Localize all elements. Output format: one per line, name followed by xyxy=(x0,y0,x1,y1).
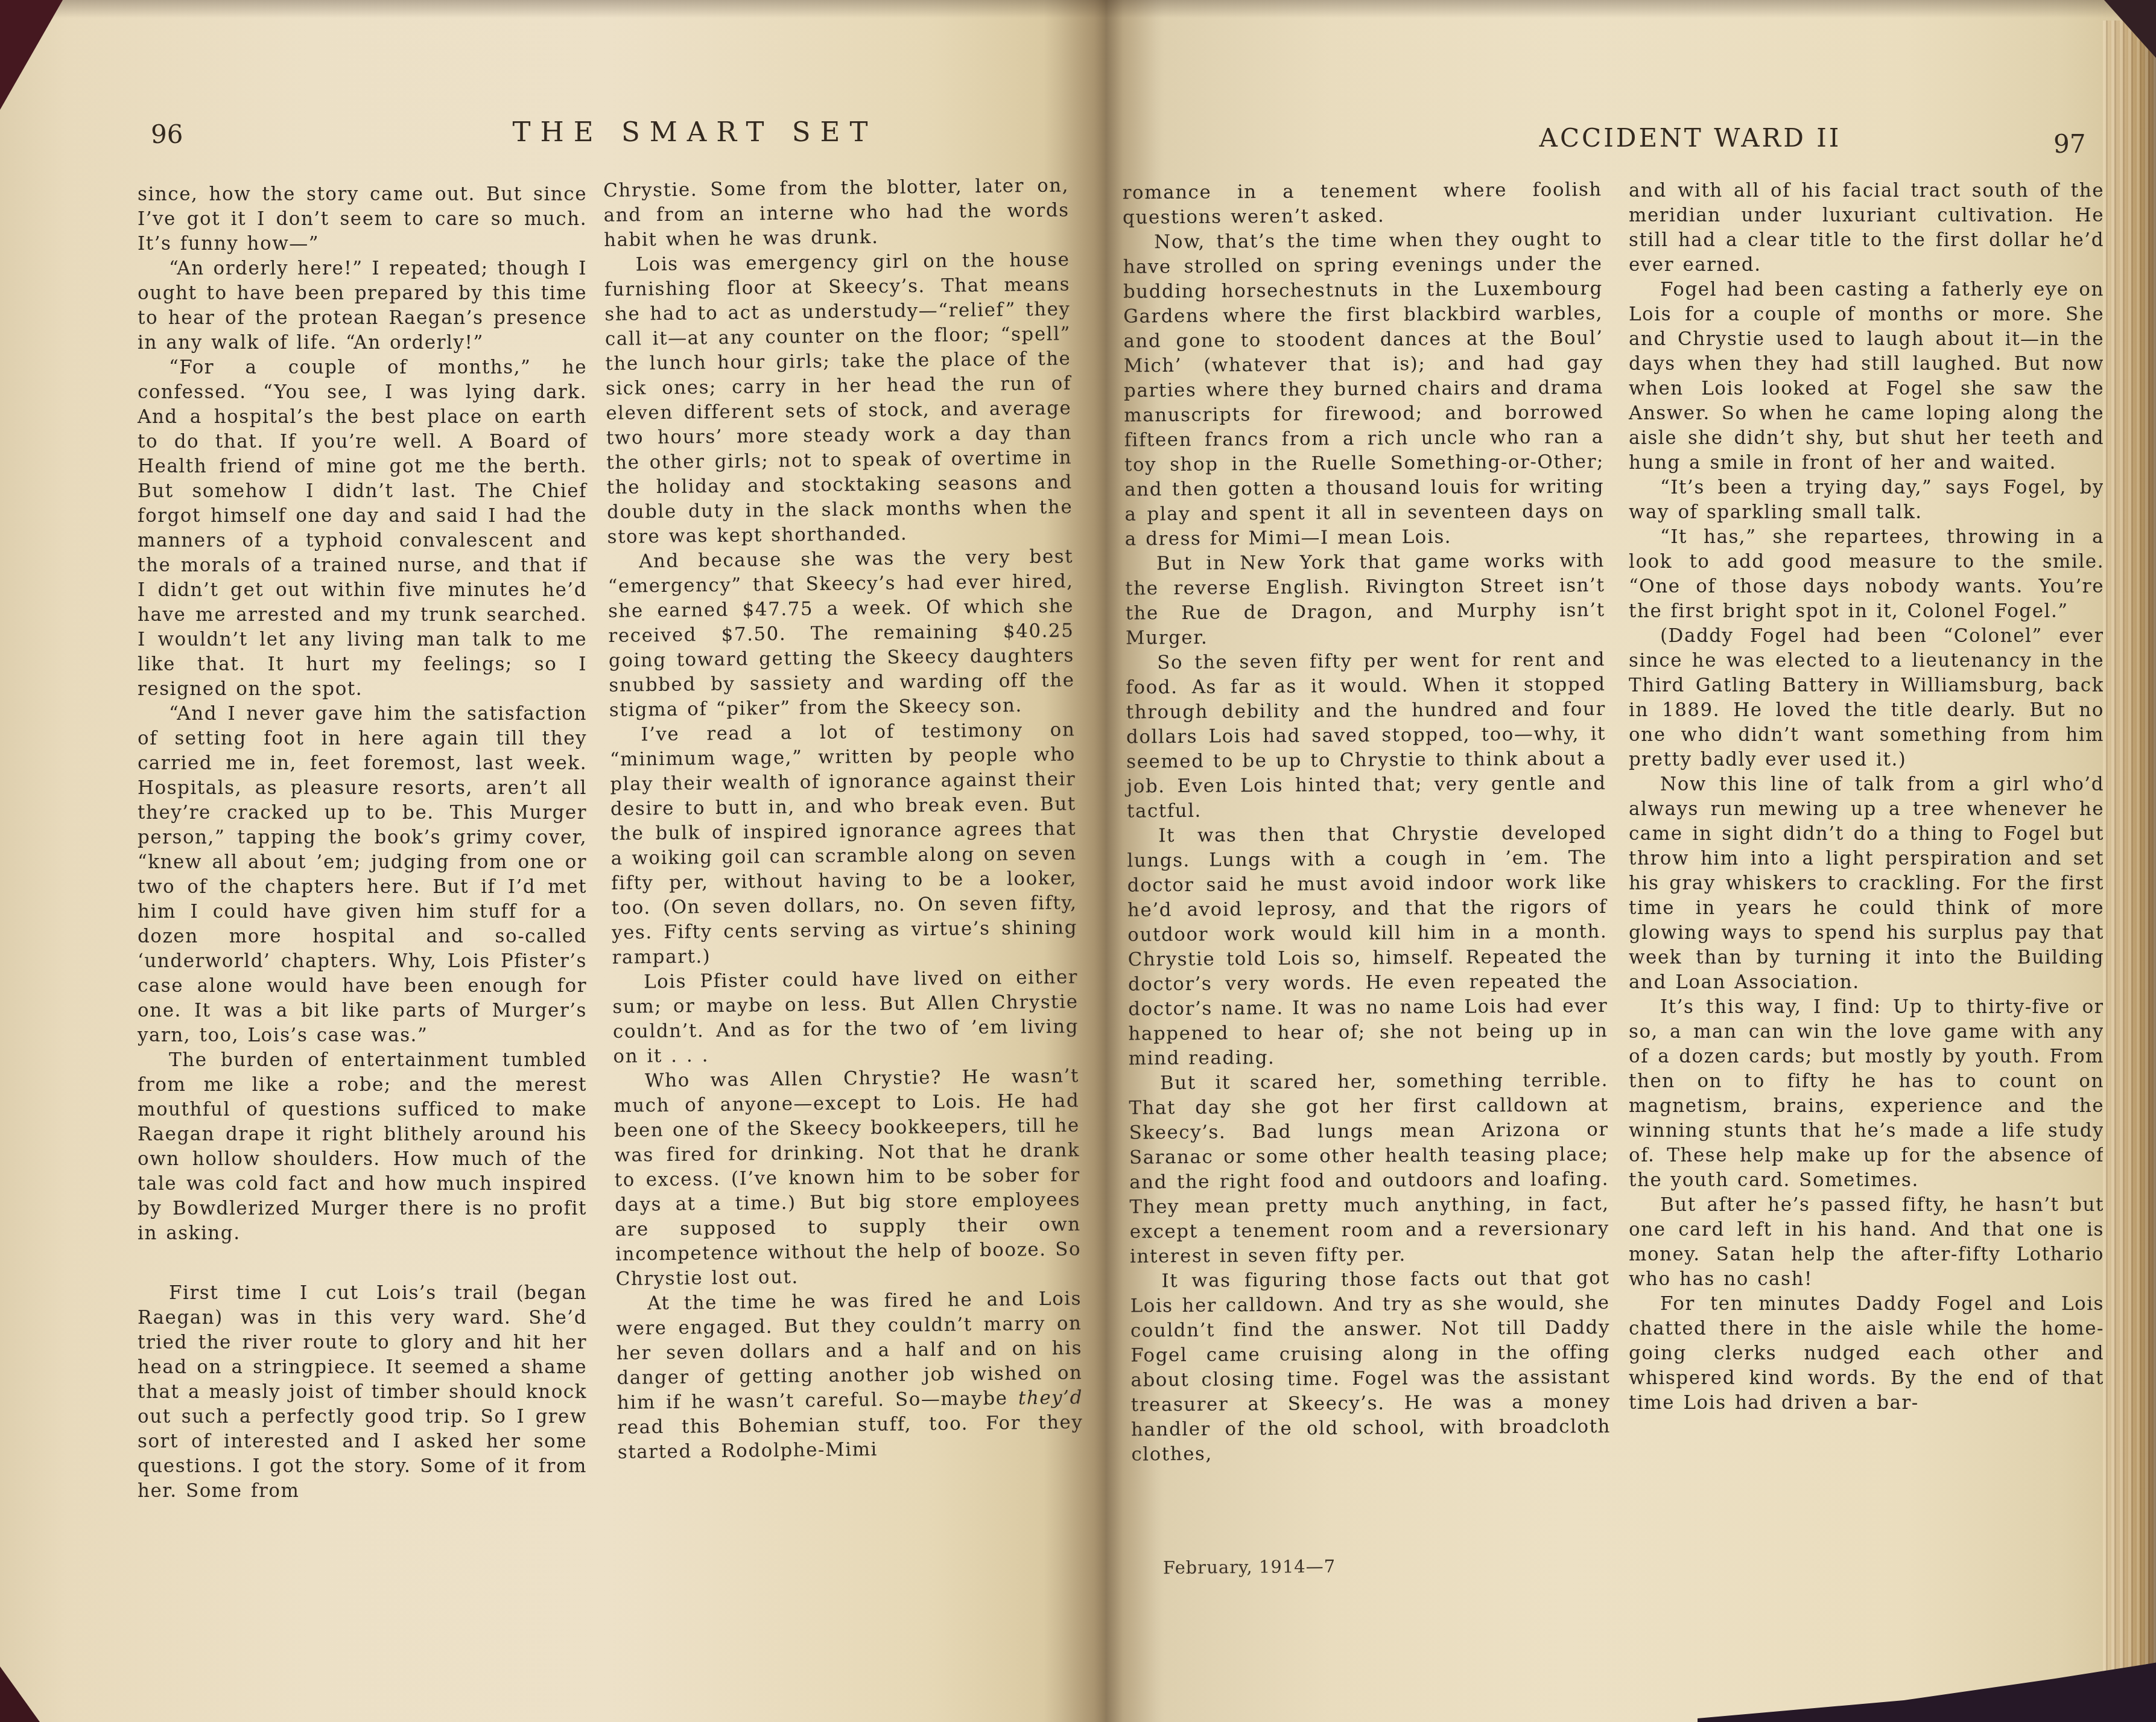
page-edge-stack xyxy=(2103,21,2156,1695)
paragraph: Lois Pfister could have lived on either … xyxy=(612,965,1079,1069)
paragraph: Now, that’s the time when they ought to … xyxy=(1123,227,1605,552)
paragraph: (Daddy Fogel had been “Colonel” ever sin… xyxy=(1629,624,2104,772)
paragraph: It was figuring those facts out that got… xyxy=(1130,1266,1611,1467)
paragraph: “It has,” she repartees, throwing in a l… xyxy=(1629,525,2104,624)
paragraph: For ten minutes Daddy Fogel and Lois cha… xyxy=(1629,1292,2104,1415)
paragraph: “And I never gave him the satisfaction o… xyxy=(138,702,587,1048)
paragraph: So the seven fifty per went for rent and… xyxy=(1126,647,1606,824)
paragraph: since, how the story came out. But since… xyxy=(138,182,587,256)
book-spread: 96 THE SMART SET since, how the story ca… xyxy=(0,0,2156,1722)
paragraph: “For a couple of months,” he confessed. … xyxy=(138,355,587,702)
running-header-right: ACCIDENT WARD II xyxy=(1479,123,1901,153)
page-number-right: 97 xyxy=(2053,129,2085,159)
left-page-column-2: Chrystie. Some from the blotter, later o… xyxy=(603,173,1083,1465)
paragraph: “It’s been a trying day,” says Fogel, by… xyxy=(1629,475,2104,525)
paragraph: It’s this way, I find: Up to thirty-five… xyxy=(1629,995,2104,1193)
paragraph: Lois was emergency girl on the house fur… xyxy=(604,247,1073,550)
paragraph: Fogel had been casting a fatherly eye on… xyxy=(1629,278,2104,475)
paragraph: Who was Allen Chrystie? He wasn’t much o… xyxy=(614,1064,1082,1292)
paragraph: And because she was the very best “emerg… xyxy=(607,544,1075,723)
paragraph: Chrystie. Some from the blotter, later o… xyxy=(603,173,1070,253)
paragraph: Now this line of talk from a girl who’d … xyxy=(1629,772,2104,995)
paragraph: “An orderly here!” I repeated; though I … xyxy=(138,256,587,355)
left-page-column-1: since, how the story came out. But since… xyxy=(138,182,587,1504)
issue-date-footer: February, 1914—7 xyxy=(1163,1556,1336,1578)
right-page-column-2: and with all of his facial tract south o… xyxy=(1629,179,2104,1415)
paragraph: It was then that Chrystie developed lung… xyxy=(1127,821,1608,1072)
paragraph: First time I cut Lois’s trail (began Rae… xyxy=(138,1281,587,1504)
running-header-left: THE SMART SET xyxy=(454,116,936,148)
paragraph: But it scared her, something terrible. T… xyxy=(1129,1068,1609,1269)
paragraph: romance in a tenement where foolish ques… xyxy=(1123,177,1603,230)
paragraph: and with all of his facial tract south o… xyxy=(1629,179,2104,278)
paragraph: I’ve read a lot of testimony on “minimum… xyxy=(609,717,1078,970)
right-page-column-1: romance in a tenement where foolish ques… xyxy=(1123,177,1611,1467)
paragraph: The burden of entertainment tumbled from… xyxy=(138,1048,587,1246)
paragraph: But after he’s passed fifty, he hasn’t b… xyxy=(1629,1193,2104,1292)
page-number-left: 96 xyxy=(151,119,183,149)
paragraph: At the time he was fired he and Lois wer… xyxy=(616,1286,1083,1465)
paragraph: But in New York that game works with the… xyxy=(1125,548,1605,651)
left-page: 96 THE SMART SET since, how the story ca… xyxy=(0,0,1105,1722)
